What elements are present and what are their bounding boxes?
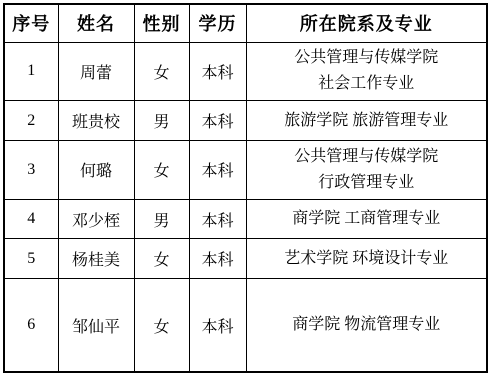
cell-no: 2 [4,101,58,141]
department-line: 商学院 物流管理专业 [247,312,487,338]
cell-gender: 男 [134,101,189,141]
cell-department: 艺术学院 环境设计专业 [246,239,487,279]
cell-gender: 男 [134,199,189,239]
cell-name: 邹仙平 [58,279,134,372]
header-cell-no: 序号 [4,4,58,42]
cell-department: 商学院 工商管理专业 [246,199,487,239]
personnel-table: 序号 姓名 性别 学历 所在院系及专业 1 周蕾 女 本科 公共管理与传媒学院 … [3,3,488,373]
cell-education: 本科 [189,239,246,279]
header-cell-education: 学历 [189,4,246,42]
cell-department: 公共管理与传媒学院 社会工作专业 [246,42,487,101]
table-row: 5 杨桂美 女 本科 艺术学院 环境设计专业 [4,239,487,279]
cell-name: 班贵校 [58,101,134,141]
cell-gender: 女 [134,239,189,279]
header-cell-name: 姓名 [58,4,134,42]
header-cell-gender: 性别 [134,4,189,42]
table-row: 2 班贵校 男 本科 旅游学院 旅游管理专业 [4,101,487,141]
cell-name: 周蕾 [58,42,134,101]
department-line: 社会工作专业 [247,71,487,97]
cell-gender: 女 [134,42,189,101]
cell-education: 本科 [189,140,246,199]
table-row: 4 邓少桎 男 本科 商学院 工商管理专业 [4,199,487,239]
department-line: 艺术学院 环境设计专业 [247,246,487,272]
cell-education: 本科 [189,42,246,101]
cell-no: 1 [4,42,58,101]
department-line: 商学院 工商管理专业 [247,206,487,232]
cell-department: 旅游学院 旅游管理专业 [246,101,487,141]
cell-name: 邓少桎 [58,199,134,239]
department-line: 行政管理专业 [247,170,487,196]
department-line: 公共管理与传媒学院 [247,144,487,170]
cell-gender: 女 [134,140,189,199]
cell-name: 杨桂美 [58,239,134,279]
cell-department: 商学院 物流管理专业 [246,279,487,372]
table-row: 6 邹仙平 女 本科 商学院 物流管理专业 [4,279,487,372]
table-row: 1 周蕾 女 本科 公共管理与传媒学院 社会工作专业 [4,42,487,101]
cell-name: 何璐 [58,140,134,199]
document-page: 序号 姓名 性别 学历 所在院系及专业 1 周蕾 女 本科 公共管理与传媒学院 … [0,0,489,376]
cell-education: 本科 [189,101,246,141]
department-line: 旅游学院 旅游管理专业 [247,108,487,134]
cell-education: 本科 [189,279,246,372]
cell-no: 6 [4,279,58,372]
department-line: 公共管理与传媒学院 [247,45,487,71]
cell-gender: 女 [134,279,189,372]
cell-no: 5 [4,239,58,279]
cell-department: 公共管理与传媒学院 行政管理专业 [246,140,487,199]
cell-no: 4 [4,199,58,239]
header-cell-department: 所在院系及专业 [246,4,487,42]
table-header-row: 序号 姓名 性别 学历 所在院系及专业 [4,4,487,42]
table-row: 3 何璐 女 本科 公共管理与传媒学院 行政管理专业 [4,140,487,199]
cell-education: 本科 [189,199,246,239]
cell-no: 3 [4,140,58,199]
